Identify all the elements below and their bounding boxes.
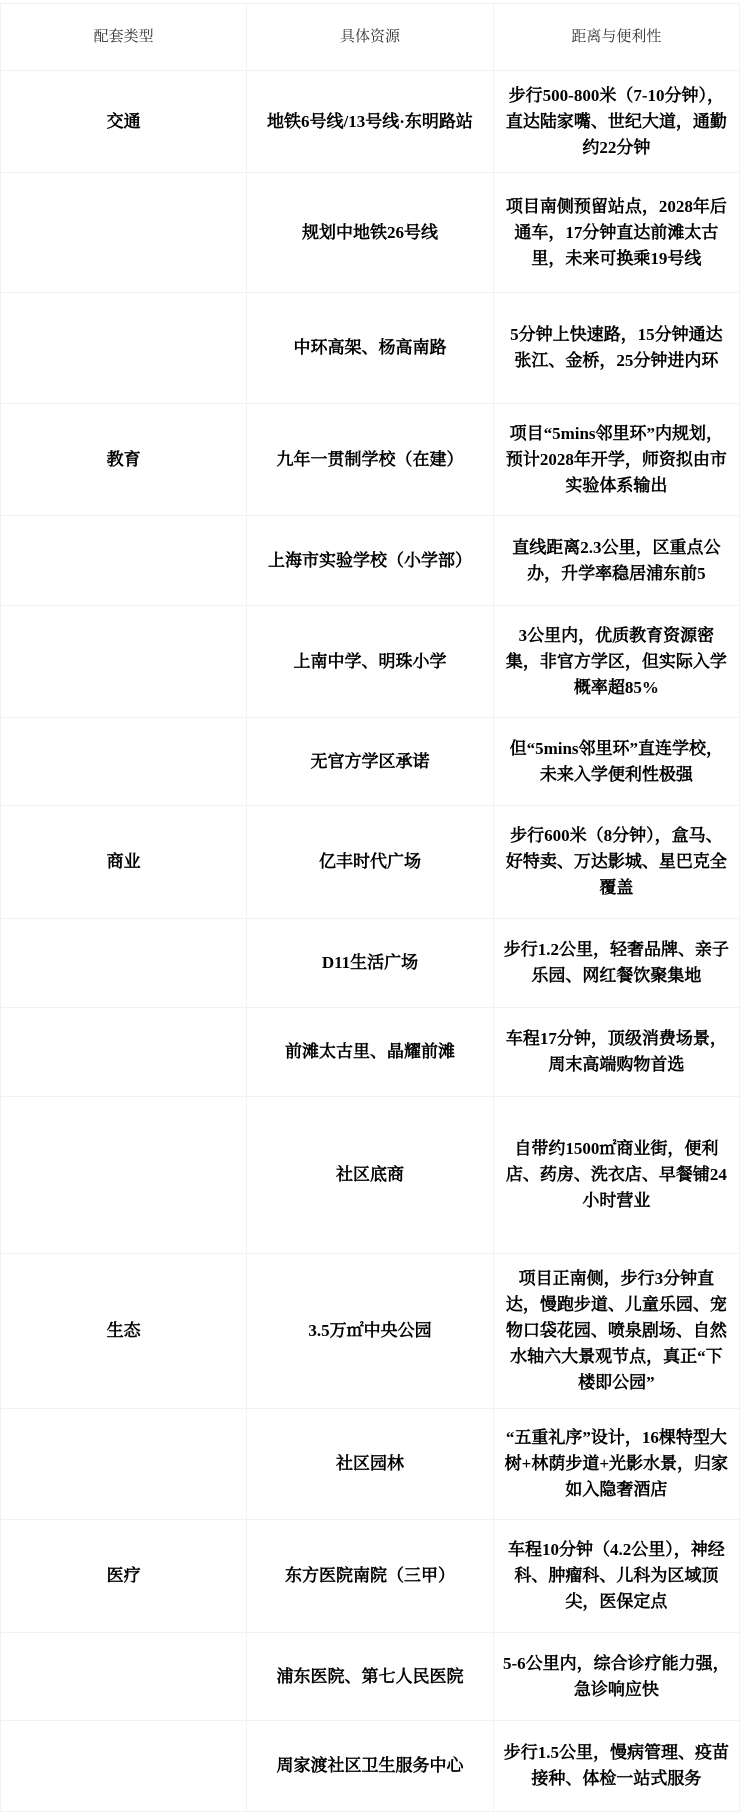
detail-cell: 项目正南侧，步行3分钟直达，慢跑步道、儿童乐园、宠物口袋花园、喷泉剧场、自然水轴… [493, 1254, 739, 1409]
resource-cell: 规划中地铁26号线 [247, 173, 493, 293]
category-cell: 教育 [1, 404, 247, 516]
resource-cell: 中环高架、杨高南路 [247, 293, 493, 404]
resource-cell: 3.5万㎡中央公园 [247, 1254, 493, 1409]
detail-cell: 步行600米（8分钟），盒马、好特卖、万达影城、星巴克全覆盖 [493, 806, 739, 919]
category-cell: 商业 [1, 806, 247, 919]
resource-cell: 亿丰时代广场 [247, 806, 493, 919]
resource-cell: 浦东医院、第七人民医院 [247, 1633, 493, 1721]
table-body: 交通 地铁6号线/13号线·东明路站 步行500-800米（7-10分钟），直达… [1, 71, 740, 1812]
category-cell: 医疗 [1, 1520, 247, 1633]
resource-cell: 东方医院南院（三甲） [247, 1520, 493, 1633]
category-cell [1, 1097, 247, 1254]
table-row: 中环高架、杨高南路 5分钟上快速路，15分钟通达张江、金桥，25分钟进内环 [1, 293, 740, 404]
column-header-distance: 距离与便利性 [493, 4, 739, 71]
category-cell [1, 173, 247, 293]
category-cell [1, 293, 247, 404]
detail-cell: 但“5mins邻里环”直连学校，未来入学便利性极强 [493, 718, 739, 806]
table-row: 教育 九年一贯制学校（在建） 项目“5mins邻里环”内规划，预计2028年开学… [1, 404, 740, 516]
table-row: D11生活广场 步行1.2公里，轻奢品牌、亲子乐园、网红餐饮聚集地 [1, 919, 740, 1008]
detail-cell: 步行1.2公里，轻奢品牌、亲子乐园、网红餐饮聚集地 [493, 919, 739, 1008]
category-cell: 生态 [1, 1254, 247, 1409]
category-cell [1, 1721, 247, 1812]
category-cell [1, 516, 247, 606]
amenity-table: 配套类型 具体资源 距离与便利性 交通 地铁6号线/13号线·东明路站 步行50… [0, 3, 740, 1812]
detail-cell: 自带约1500㎡商业街，便利店、药房、洗衣店、早餐铺24小时营业 [493, 1097, 739, 1254]
resource-cell: 无官方学区承诺 [247, 718, 493, 806]
table-row: 无官方学区承诺 但“5mins邻里环”直连学校，未来入学便利性极强 [1, 718, 740, 806]
table-row: 交通 地铁6号线/13号线·东明路站 步行500-800米（7-10分钟），直达… [1, 71, 740, 173]
table-row: 浦东医院、第七人民医院 5-6公里内，综合诊疗能力强，急诊响应快 [1, 1633, 740, 1721]
category-cell [1, 1008, 247, 1097]
detail-cell: 3公里内，优质教育资源密集，非官方学区，但实际入学概率超85% [493, 606, 739, 718]
detail-cell: 直线距离2.3公里，区重点公办，升学率稳居浦东前5 [493, 516, 739, 606]
detail-cell: 步行1.5公里，慢病管理、疫苗接种、体检一站式服务 [493, 1721, 739, 1812]
table-row: 上海市实验学校（小学部） 直线距离2.3公里，区重点公办，升学率稳居浦东前5 [1, 516, 740, 606]
resource-cell: 九年一贯制学校（在建） [247, 404, 493, 516]
table-row: 前滩太古里、晶耀前滩 车程17分钟，顶级消费场景，周末高端购物首选 [1, 1008, 740, 1097]
resource-cell: D11生活广场 [247, 919, 493, 1008]
resource-cell: 前滩太古里、晶耀前滩 [247, 1008, 493, 1097]
resource-cell: 上海市实验学校（小学部） [247, 516, 493, 606]
table-row: 社区底商 自带约1500㎡商业街，便利店、药房、洗衣店、早餐铺24小时营业 [1, 1097, 740, 1254]
table-row: 规划中地铁26号线 项目南侧预留站点，2028年后通车，17分钟直达前滩太古里，… [1, 173, 740, 293]
resource-cell: 社区园林 [247, 1409, 493, 1520]
category-cell [1, 1409, 247, 1520]
detail-cell: 项目南侧预留站点，2028年后通车，17分钟直达前滩太古里，未来可换乘19号线 [493, 173, 739, 293]
table-row: 医疗 东方医院南院（三甲） 车程10分钟（4.2公里），神经科、肿瘤科、儿科为区… [1, 1520, 740, 1633]
table-row: 生态 3.5万㎡中央公园 项目正南侧，步行3分钟直达，慢跑步道、儿童乐园、宠物口… [1, 1254, 740, 1409]
table-row: 周家渡社区卫生服务中心 步行1.5公里，慢病管理、疫苗接种、体检一站式服务 [1, 1721, 740, 1812]
column-header-category: 配套类型 [1, 4, 247, 71]
category-cell [1, 919, 247, 1008]
table-row: 商业 亿丰时代广场 步行600米（8分钟），盒马、好特卖、万达影城、星巴克全覆盖 [1, 806, 740, 919]
detail-cell: 5分钟上快速路，15分钟通达张江、金桥，25分钟进内环 [493, 293, 739, 404]
resource-cell: 周家渡社区卫生服务中心 [247, 1721, 493, 1812]
category-cell [1, 718, 247, 806]
column-header-resource: 具体资源 [247, 4, 493, 71]
detail-cell: “五重礼序”设计，16棵特型大树+林荫步道+光影水景，归家如入隐奢酒店 [493, 1409, 739, 1520]
category-cell: 交通 [1, 71, 247, 173]
table-header: 配套类型 具体资源 距离与便利性 [1, 4, 740, 71]
resource-cell: 地铁6号线/13号线·东明路站 [247, 71, 493, 173]
detail-cell: 车程10分钟（4.2公里），神经科、肿瘤科、儿科为区域顶尖，医保定点 [493, 1520, 739, 1633]
detail-cell: 步行500-800米（7-10分钟），直达陆家嘴、世纪大道，通勤约22分钟 [493, 71, 739, 173]
table-row: 社区园林 “五重礼序”设计，16棵特型大树+林荫步道+光影水景，归家如入隐奢酒店 [1, 1409, 740, 1520]
resource-cell: 社区底商 [247, 1097, 493, 1254]
detail-cell: 5-6公里内，综合诊疗能力强，急诊响应快 [493, 1633, 739, 1721]
table-row: 上南中学、明珠小学 3公里内，优质教育资源密集，非官方学区，但实际入学概率超85… [1, 606, 740, 718]
detail-cell: 车程17分钟，顶级消费场景，周末高端购物首选 [493, 1008, 739, 1097]
detail-cell: 项目“5mins邻里环”内规划，预计2028年开学，师资拟由市实验体系输出 [493, 404, 739, 516]
category-cell [1, 606, 247, 718]
category-cell [1, 1633, 247, 1721]
resource-cell: 上南中学、明珠小学 [247, 606, 493, 718]
header-row: 配套类型 具体资源 距离与便利性 [1, 4, 740, 71]
